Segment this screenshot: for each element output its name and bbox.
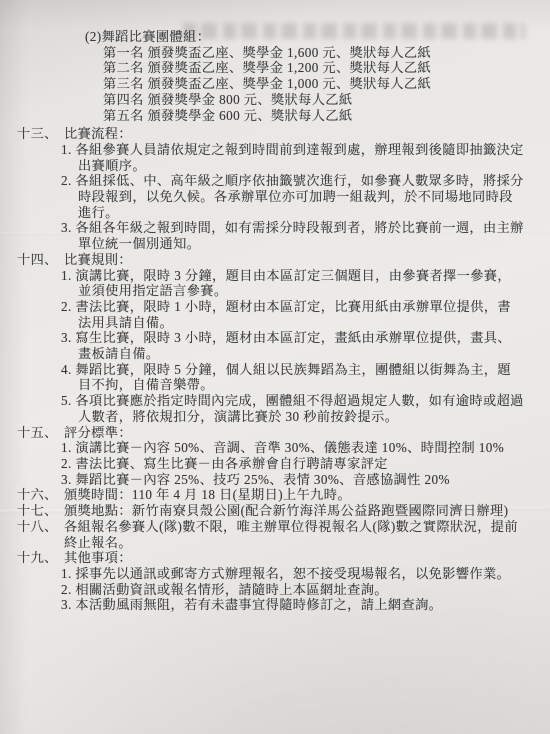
section-18: 十八、各組報名參賽人(隊)數不限，唯主辦單位得視報名人(隊)數之實際狀況，提前終…	[0, 519, 550, 550]
prize-line: 第五名 頒發獎學金 600 元、獎狀每人乙紙	[103, 108, 550, 124]
prize-line: 第一名 頒發獎盃乙座、獎學金 1,600 元、獎狀每人乙紙	[103, 45, 550, 61]
section-number: 十三、	[17, 126, 64, 142]
prize-block: (2)舞蹈比賽團體組： 第一名 頒發獎盃乙座、獎學金 1,600 元、獎狀每人乙…	[0, 29, 550, 123]
section-number: 十四、	[17, 252, 64, 268]
prize-line: 第二名 頒發獎盃乙座、獎學金 1,200 元、獎狀每人乙紙	[103, 60, 550, 76]
list-item: 2. 相關活動資訊或報名情形，請隨時上本區網址查詢。	[0, 582, 550, 598]
section-19: 十九、其他事項： 1. 採事先以通訊或郵寄方式辦理報名，恕不接受現場報名，以免影…	[0, 550, 550, 613]
list-item: 4. 舞蹈比賽，限時 5 分鐘，個人組以民族舞蹈為主，團體組以街舞為主，題目不拘…	[0, 362, 550, 393]
section-number: 十九、	[17, 550, 64, 566]
list-item: 3. 寫生比賽，限時 3 小時，題材由本區訂定，畫紙由承辦單位提供，畫具、畫板請…	[0, 330, 550, 361]
list-item: 1. 各組參賽人員請依規定之報到時間前到達報到處，辦理報到後隨即抽籤決定出賽順序…	[0, 142, 550, 173]
list-item: 1. 採事先以通訊或郵寄方式辦理報名，恕不接受現場報名，以免影響作業。	[0, 566, 550, 582]
section-number: 十五、	[17, 425, 64, 441]
section-title: 頒獎時間：110 年 4 月 18 日(星期日)上午九時。	[64, 487, 351, 502]
section-heading: 十七、頒獎地點：新竹南寮貝殼公園(配合新竹海洋馬公益路跑暨國際同濟日辦理)	[17, 503, 550, 519]
prize-line: 第四名 頒發獎學金 800 元、獎狀每人乙紙	[103, 92, 550, 108]
section-title: 頒獎地點：新竹南寮貝殼公園(配合新竹海洋馬公益路跑暨國際同濟日辦理)	[64, 503, 508, 518]
section-13: 十三、比賽流程： 1. 各組參賽人員請依規定之報到時間前到達報到處，辦理報到後隨…	[0, 126, 550, 252]
list-item: 2. 書法比賽，限時 1 小時，題材由本區訂定，比賽用紙由承辦單位提供，書法用具…	[0, 299, 550, 330]
section-heading: 十五、評分標準：	[17, 425, 550, 441]
list-item: 1. 演講比賽，限時 3 分鐘，題目由本區訂定三個題目，由參賽者擇一參賽，並須使…	[0, 268, 550, 299]
section-title: 評分標準：	[64, 425, 132, 440]
section-14: 十四、比賽規則： 1. 演講比賽，限時 3 分鐘，題目由本區訂定三個題目，由參賽…	[0, 252, 550, 425]
section-16: 十六、頒獎時間：110 年 4 月 18 日(星期日)上午九時。	[0, 487, 550, 503]
section-title: 比賽規則：	[64, 252, 132, 267]
section-15: 十五、評分標準： 1. 演講比賽－內容 50%、音調、音準 30%、儀態表達 1…	[0, 425, 550, 488]
list-item: 3. 各組各年級之報到時間，如有需採分時段報到者，將於比賽前一週，由主辦單位統一…	[0, 220, 550, 251]
list-item: 3. 舞蹈比賽－內容 25%、技巧 25%、表情 30%、音感協調性 20%	[0, 472, 550, 488]
section-heading: 十四、比賽規則：	[17, 252, 550, 268]
list-item: 1. 演講比賽－內容 50%、音調、音準 30%、儀態表達 10%、時間控制 1…	[0, 440, 550, 456]
section-heading: 十六、頒獎時間：110 年 4 月 18 日(星期日)上午九時。	[17, 487, 550, 503]
section-heading: 十八、各組報名參賽人(隊)數不限，唯主辦單位得視報名人(隊)數之實際狀況，提前終…	[17, 519, 550, 550]
section-number: 十六、	[17, 487, 64, 503]
section-title: 比賽流程：	[64, 126, 132, 141]
section-heading: 十三、比賽流程：	[17, 126, 550, 142]
prize-line: 第三名 頒發獎盃乙座、獎學金 1,000 元、獎狀每人乙紙	[103, 76, 550, 92]
list-item: 3. 本活動風雨無阻，若有未盡事宜得隨時修訂之，請上網查詢。	[0, 597, 550, 613]
section-title: 各組報名參賽人(隊)數不限，唯主辦單位得視報名人(隊)數之實際狀況，提前終止報名…	[64, 519, 518, 550]
section-number: 十七、	[17, 503, 64, 519]
section-number: 十八、	[17, 519, 64, 535]
list-item: 5. 各項比賽應於指定時間內完成，團體組不得超過規定人數，如有逾時或超過人數者，…	[0, 393, 550, 424]
list-item: 2. 各組採低、中、高年級之順序依抽籤號次進行，如參賽人數眾多時，將採分時段報到…	[0, 173, 550, 220]
section-17: 十七、頒獎地點：新竹南寮貝殼公園(配合新竹海洋馬公益路跑暨國際同濟日辦理)	[0, 503, 550, 519]
section-heading: 十九、其他事項：	[17, 550, 550, 566]
section-title: 其他事項：	[64, 550, 132, 565]
list-item: 2. 書法比賽、寫生比賽－由各承辦會自行聘請專家評定	[0, 456, 550, 472]
document-photo: (2)舞蹈比賽團體組： 第一名 頒發獎盃乙座、獎學金 1,600 元、獎狀每人乙…	[0, 0, 550, 734]
document-content: (2)舞蹈比賽團體組： 第一名 頒發獎盃乙座、獎學金 1,600 元、獎狀每人乙…	[0, 29, 550, 613]
prize-block-heading: (2)舞蹈比賽團體組：	[85, 29, 550, 45]
